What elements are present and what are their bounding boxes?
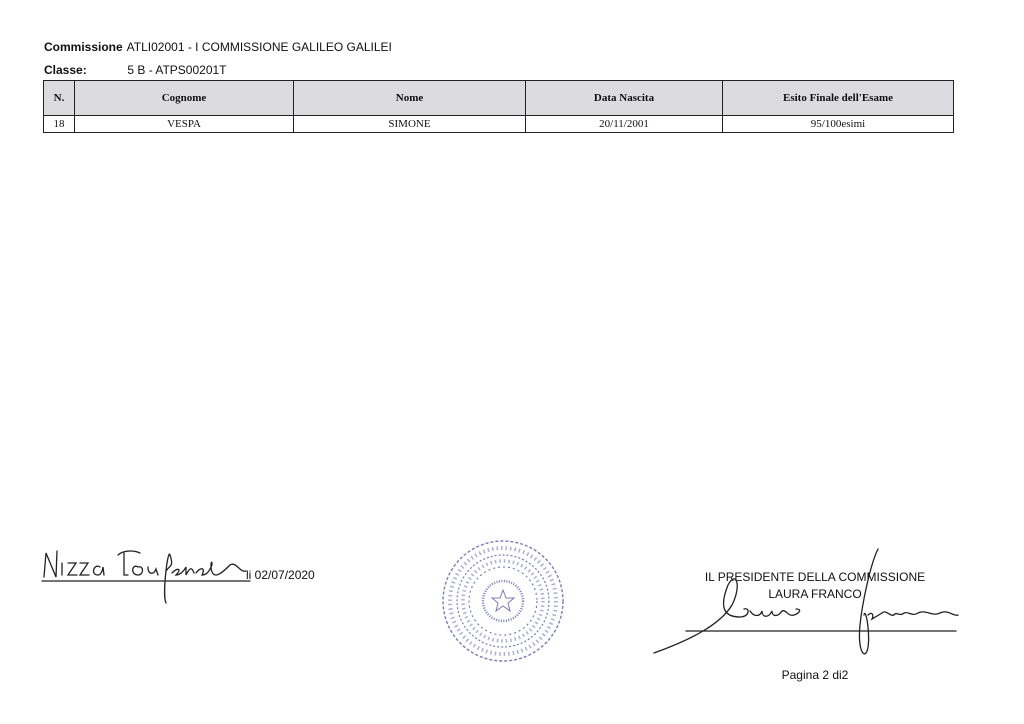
col-header-esito: Esito Finale dell'Esame [723,81,954,116]
official-stamp-icon [440,538,566,664]
col-header-n: N. [44,81,75,116]
col-header-data-nascita: Data Nascita [526,81,723,116]
col-header-nome: Nome [294,81,526,116]
cell-nome: SIMONE [294,116,526,133]
cell-n: 18 [44,116,75,133]
class-line: Classe: 5 B - ATPS00201T [44,63,227,77]
president-signature-icon [650,545,960,660]
col-header-cognome: Cognome [75,81,294,116]
commission-label: Commissione [44,40,124,54]
cell-cognome: VESPA [75,116,294,133]
commission-value: ATLI02001 - I COMMISSIONE GALILEO GALILE… [127,40,392,54]
left-signature-icon [40,545,260,605]
page-number: Pagina 2 di2 [760,668,870,682]
class-label: Classe: [44,63,124,77]
cell-data-nascita: 20/11/2001 [526,116,723,133]
commission-line: Commissione ATLI02001 - I COMMISSIONE GA… [44,40,392,54]
table-row: 18 VESPA SIMONE 20/11/2001 95/100esimi [44,116,954,133]
class-value: 5 B - ATPS00201T [127,63,226,77]
results-table: N. Cognome Nome Data Nascita Esito Final… [43,80,954,133]
date-text: li 02/07/2020 [246,568,315,582]
table-header-row: N. Cognome Nome Data Nascita Esito Final… [44,81,954,116]
cell-esito: 95/100esimi [723,116,954,133]
